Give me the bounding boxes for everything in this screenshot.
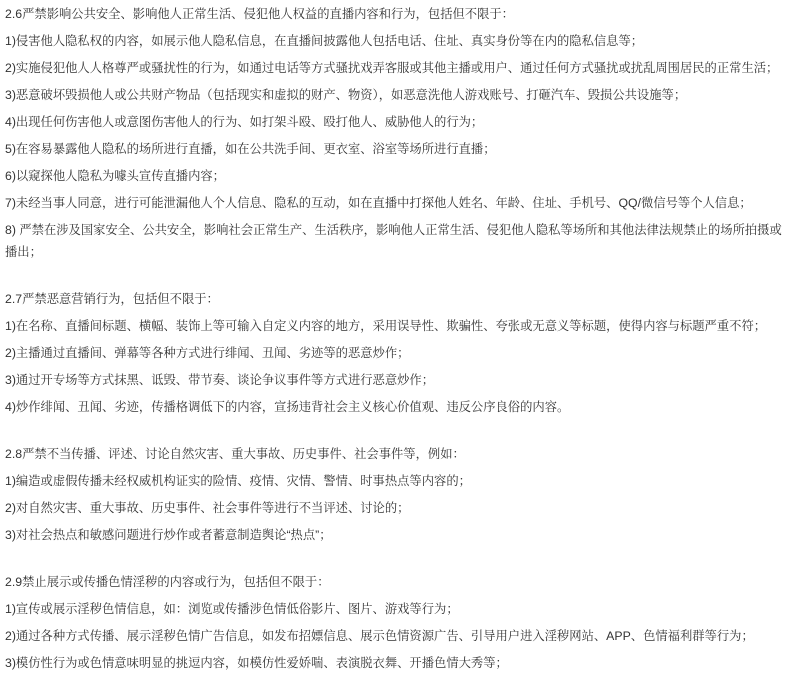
rule-item: 3)通过开专场等方式抹黑、诋毁、带节奏、谈论争议事件等方式进行恶意炒作；	[5, 369, 784, 391]
rule-item: 2)通过各种方式传播、展示淫秽色情广告信息，如发布招嫖信息、展示色情资源广告、引…	[5, 625, 784, 647]
rule-item: 8) 严禁在涉及国家安全、公共安全，影响社会正常生产、生活秩序，影响他人正常生活…	[5, 219, 784, 263]
rule-item: 2)对自然灾害、重大事故、历史事件、社会事件等进行不当评述、讨论的；	[5, 497, 784, 519]
section-heading: 2.9禁止展示或传播色情淫秽的内容或行为，包括但不限于：	[5, 571, 784, 593]
rule-item: 3)模仿性行为或色情意味明显的挑逗内容，如模仿性爱娇喘、表演脱衣舞、开播色情大秀…	[5, 652, 784, 674]
rule-item: 6)以窥探他人隐私为噱头宣传直播内容；	[5, 165, 784, 187]
rule-item: 1)在名称、直播间标题、横幅、装饰上等可输入自定义内容的地方，采用误导性、欺骗性…	[5, 315, 784, 337]
rule-item: 7)未经当事人同意，进行可能泄漏他人个人信息、隐私的互动，如在直播中打探他人姓名…	[5, 192, 784, 214]
rule-item: 1)宣传或展示淫秽色情信息，如：浏览或传播涉色情低俗影片、图片、游戏等行为；	[5, 598, 784, 620]
rule-item: 1)侵害他人隐私权的内容，如展示他人隐私信息，在直播间披露他人包括电话、住址、真…	[5, 30, 784, 52]
section-heading: 2.7严禁恶意营销行为，包括但不限于：	[5, 288, 784, 310]
rule-item: 3)对社会热点和敏感问题进行炒作或者蓄意制造舆论“热点”；	[5, 524, 784, 546]
rule-item: 5)在容易暴露他人隐私的场所进行直播，如在公共洗手间、更衣室、浴室等场所进行直播…	[5, 138, 784, 160]
section-2-7: 2.7严禁恶意营销行为，包括但不限于： 1)在名称、直播间标题、横幅、装饰上等可…	[5, 288, 784, 418]
rule-item: 2)实施侵犯他人人格尊严或骚扰性的行为，如通过电话等方式骚扰戏弄客服或其他主播或…	[5, 57, 784, 79]
rule-item: 2)主播通过直播间、弹幕等各种方式进行绯闻、丑闻、劣迹等的恶意炒作；	[5, 342, 784, 364]
rules-document: 2.6严禁影响公共安全、影响他人正常生活、侵犯他人权益的直播内容和行为，包括但不…	[0, 0, 788, 674]
section-heading: 2.8严禁不当传播、评述、讨论自然灾害、重大事故、历史事件、社会事件等，例如：	[5, 443, 784, 465]
section-heading: 2.6严禁影响公共安全、影响他人正常生活、侵犯他人权益的直播内容和行为，包括但不…	[5, 3, 784, 25]
rule-item: 4)出现任何伤害他人或意图伤害他人的行为、如打架斗殴、殴打他人、威胁他人的行为；	[5, 111, 784, 133]
rule-item: 3)恶意破坏毁损他人或公共财产物品（包括现实和虚拟的财产、物资），如恶意洗他人游…	[5, 84, 784, 106]
section-2-6: 2.6严禁影响公共安全、影响他人正常生活、侵犯他人权益的直播内容和行为，包括但不…	[5, 3, 784, 263]
section-2-9: 2.9禁止展示或传播色情淫秽的内容或行为，包括但不限于： 1)宣传或展示淫秽色情…	[5, 571, 784, 674]
rule-item: 4)炒作绯闻、丑闻、劣迹，传播格调低下的内容，宣扬违背社会主义核心价值观、违反公…	[5, 396, 784, 418]
rule-item: 1)编造或虚假传播未经权威机构证实的险情、疫情、灾情、警情、时事热点等内容的；	[5, 470, 784, 492]
section-2-8: 2.8严禁不当传播、评述、讨论自然灾害、重大事故、历史事件、社会事件等，例如： …	[5, 443, 784, 546]
